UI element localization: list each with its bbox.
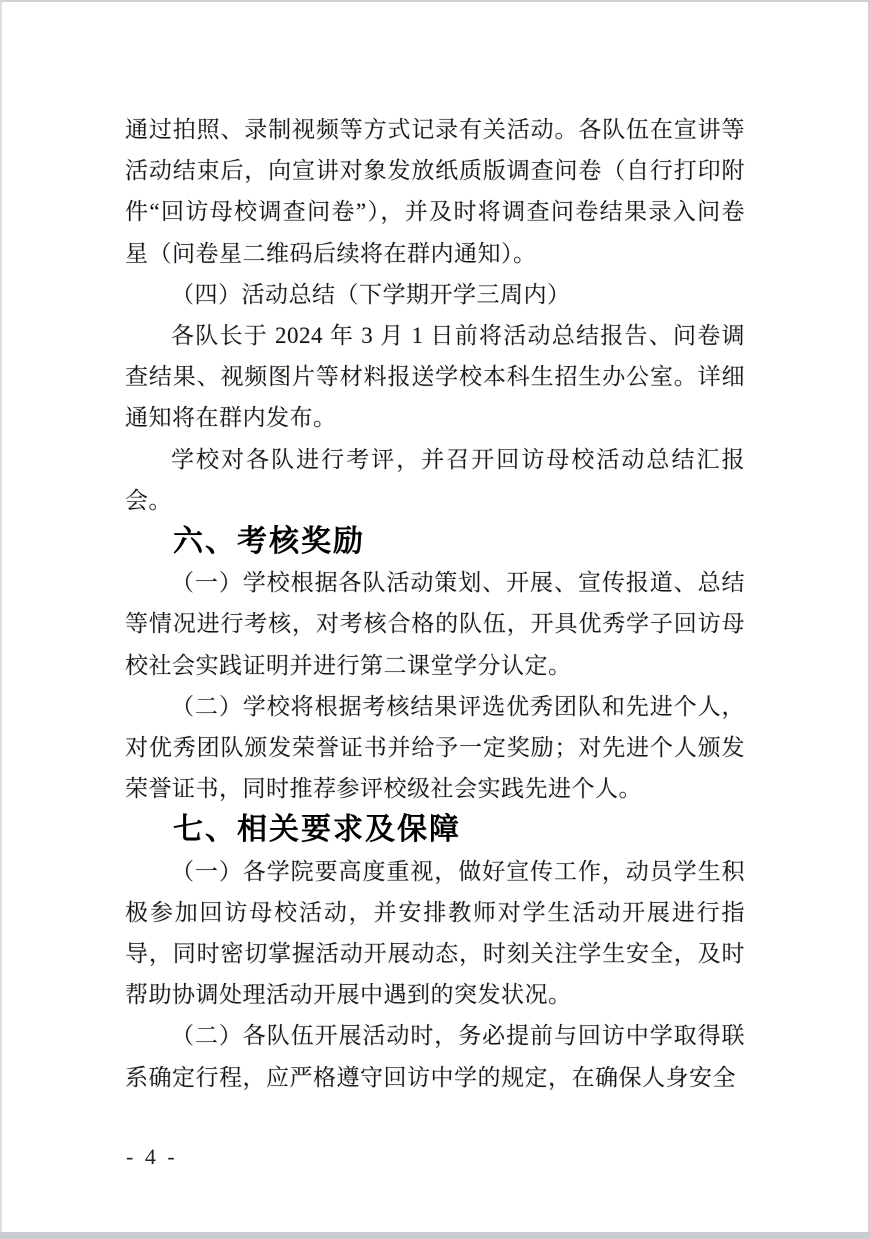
- document-body: 通过拍照、录制视频等方式记录有关活动。各队伍在宣讲等活动结束后，向宣讲对象发放纸…: [125, 109, 745, 1098]
- paragraph: 各队长于 2024 年 3 月 1 日前将活动总结报告、问卷调查结果、视频图片等…: [125, 315, 745, 439]
- paragraph: （二）各队伍开展活动时，务必提前与回访中学取得联系确定行程，应严格遵守回访中学的…: [125, 1015, 745, 1097]
- paragraph: （一）各学院要高度重视，做好宣传工作，动员学生积极参加回访母校活动，并安排教师对…: [125, 851, 745, 1016]
- section-heading: 六、考核奖励: [125, 521, 745, 562]
- paragraph: （一）学校根据各队活动策划、开展、宣传报道、总结等情况进行考核，对考核合格的队伍…: [125, 562, 745, 686]
- section-heading: 七、相关要求及保障: [125, 809, 745, 850]
- paragraph: （二）学校将根据考核结果评选优秀团队和先进个人，对优秀团队颁发荣誉证书并给予一定…: [125, 686, 745, 810]
- page-number: - 4 -: [126, 1144, 178, 1170]
- paragraph: （四）活动总结（下学期开学三周内）: [125, 274, 745, 315]
- document-page: { "page": { "number_label": "- 4 -" }, "…: [0, 0, 870, 1239]
- page-bottom-edge: [0, 1232, 870, 1239]
- paragraph: 通过拍照、录制视频等方式记录有关活动。各队伍在宣讲等活动结束后，向宣讲对象发放纸…: [125, 109, 745, 274]
- paragraph: 学校对各队进行考评，并召开回访母校活动总结汇报会。: [125, 439, 745, 521]
